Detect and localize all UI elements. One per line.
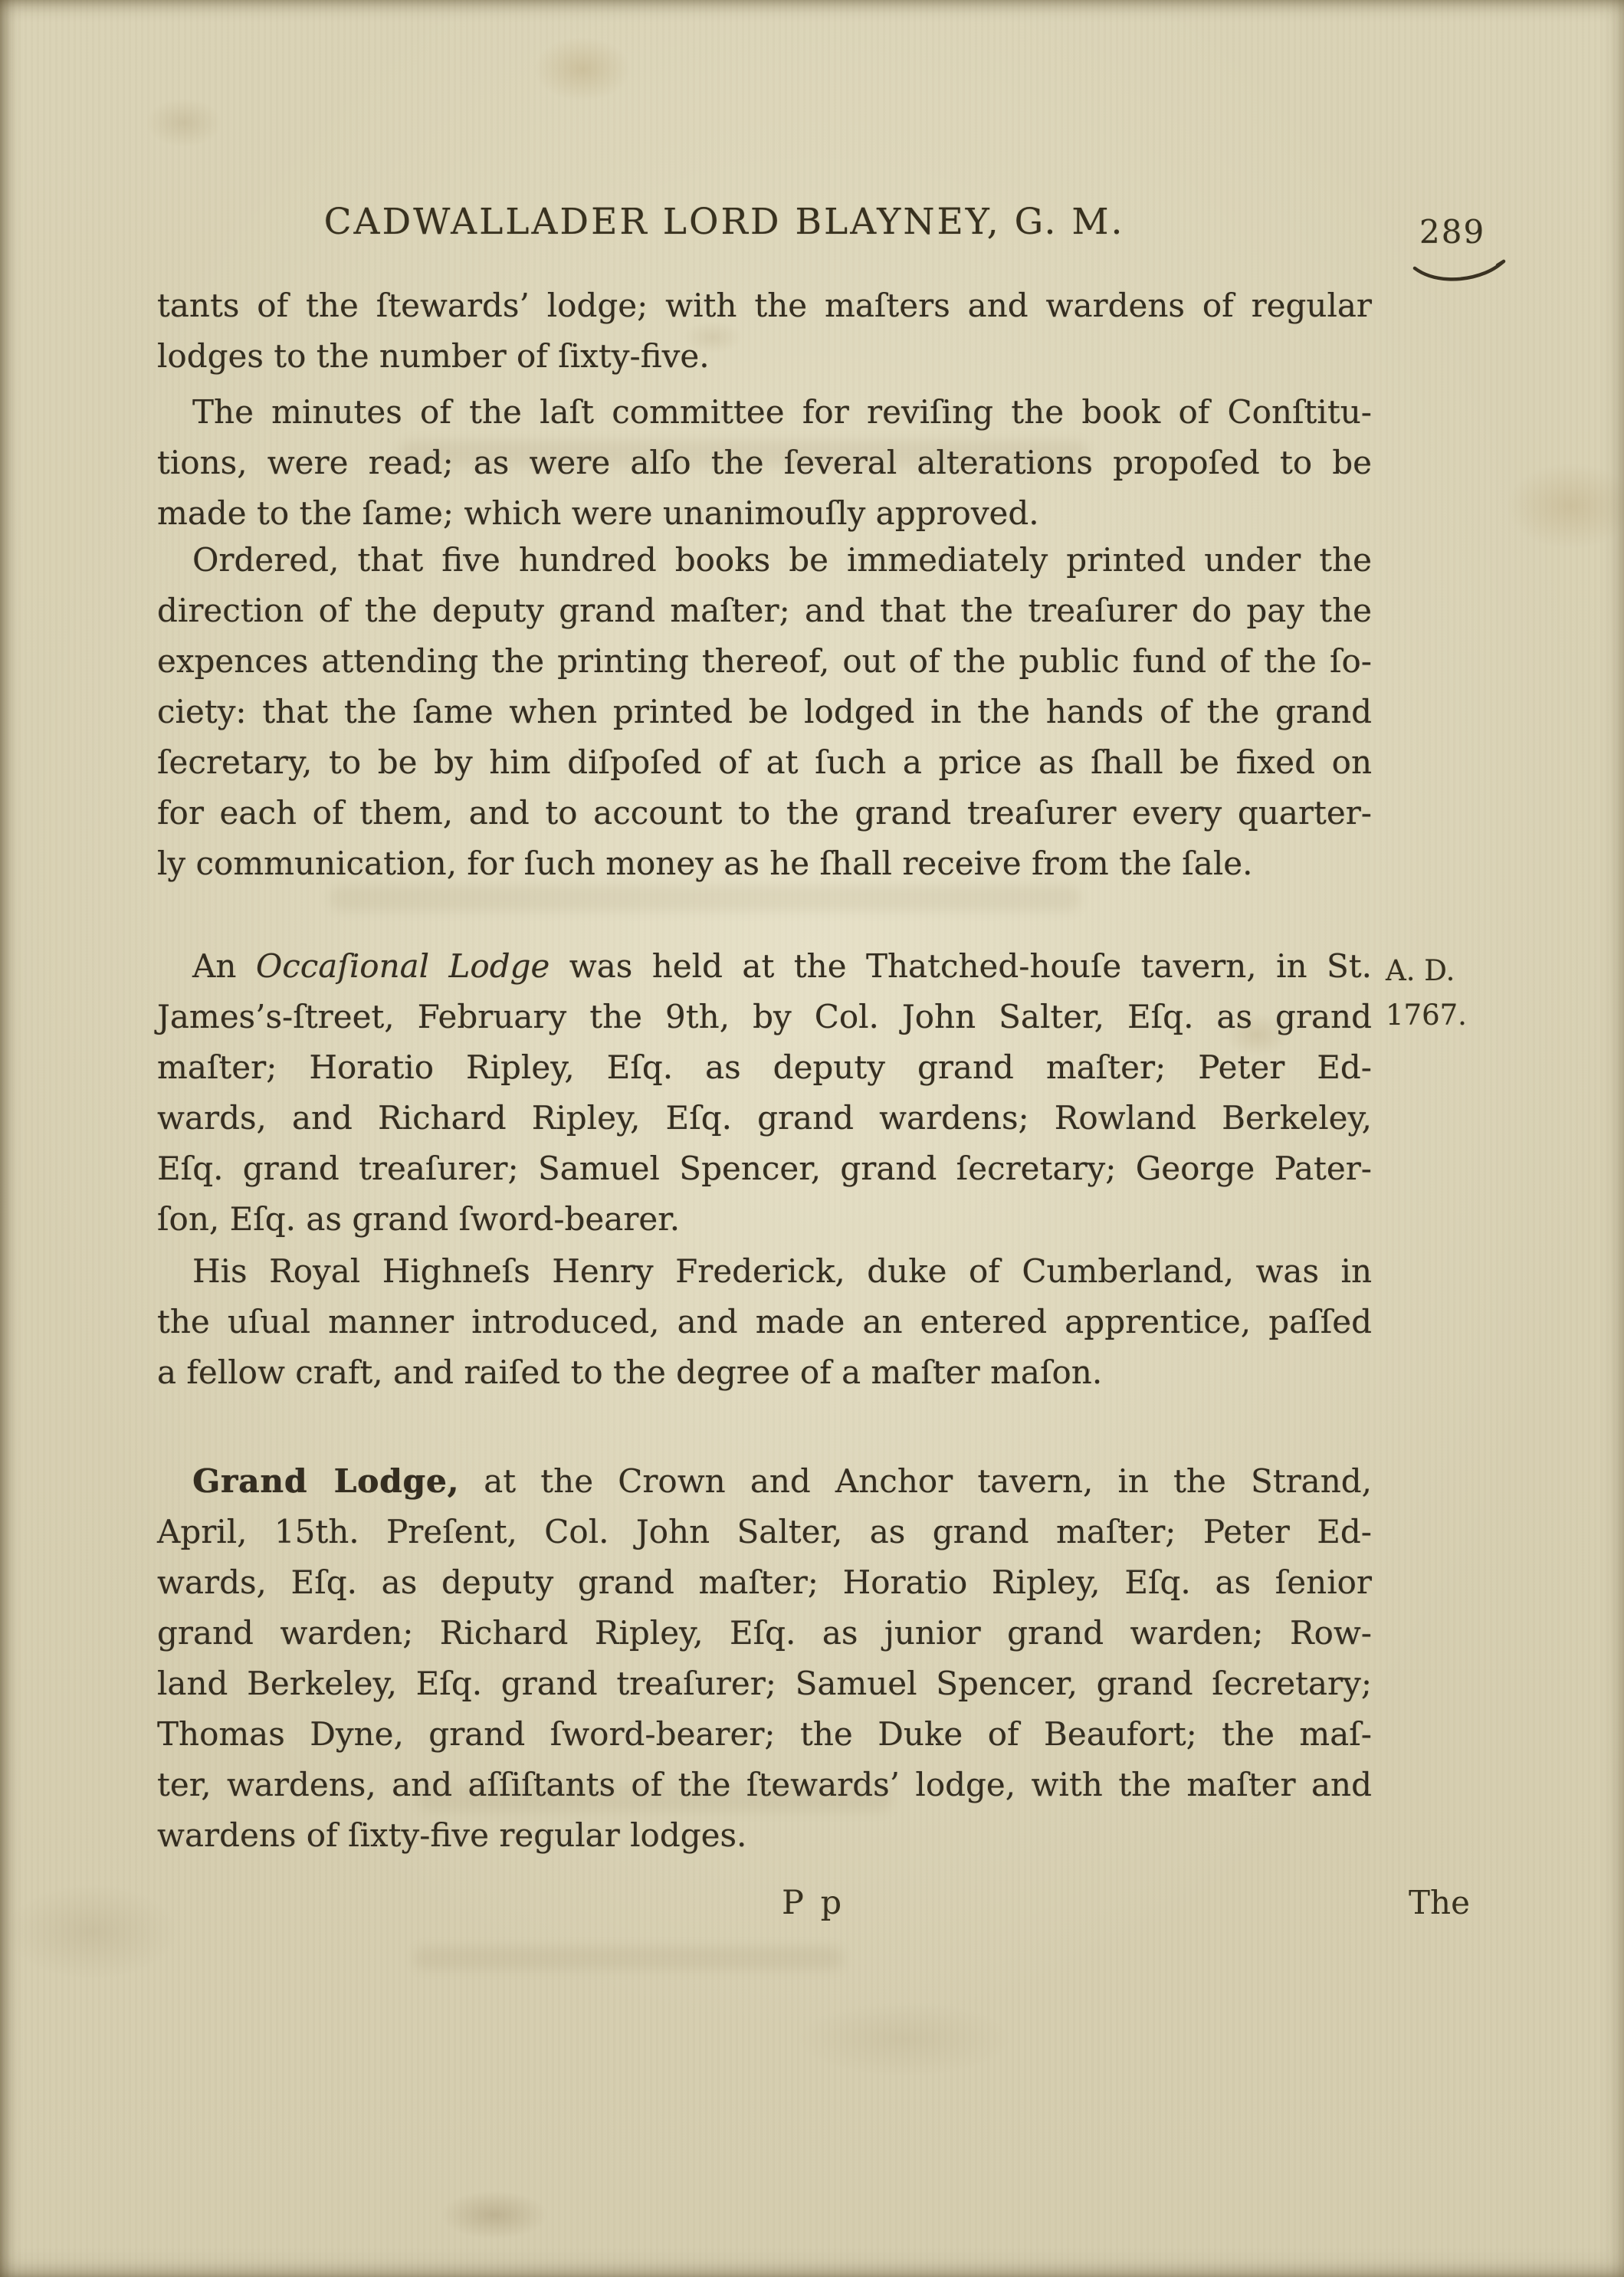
paragraph: tants of the ſtewards’ lodge; with the m… [157, 281, 1372, 382]
text-line: maſter; Horatio Ripley, Eſq. as deputy g… [157, 1042, 1372, 1093]
text-line: ſon, Eſq. as grand ſword-bearer. [157, 1194, 1372, 1245]
text-line: ter, wardens, and aſſiſtants of the ſtew… [157, 1760, 1372, 1810]
text-line: wards, Eſq. as deputy grand maſter; Hora… [157, 1557, 1372, 1608]
paragraph: An Occaſional Lodge was held at the That… [157, 941, 1372, 1245]
text-line: a fellow craft, and raiſed to the degree… [157, 1347, 1372, 1398]
text-line: tants of the ſtewards’ lodge; with the m… [157, 281, 1372, 331]
margin-note-year: 1767. [1386, 993, 1467, 1038]
text-line: Grand Lodge, at the Crown and Anchor tav… [157, 1456, 1372, 1507]
brace-flourish-icon [1412, 256, 1511, 290]
book-page: CADWALLADER LORD BLAYNEY, G. M. 289 A. D… [0, 0, 1624, 2277]
text-line: Eſq. grand treaſurer; Samuel Spencer, gr… [157, 1143, 1372, 1194]
text-line: lodges to the number of ſixty-five. [157, 331, 1372, 382]
text-segment: An [192, 947, 256, 985]
text-line: wardens of ſixty-five regular lodges. [157, 1810, 1372, 1861]
text-line: James’s-ſtreet, February the 9th, by Col… [157, 992, 1372, 1042]
margin-note-date: A. D. 1767. [1386, 949, 1467, 1038]
catchword: The [1409, 1884, 1470, 1921]
italic-phrase: Occaſional Lodge [256, 947, 550, 985]
text-line: April, 15th. Preſent, Col. John Salter, … [157, 1507, 1372, 1557]
text-line: made to the ſame; which were unanimouſly… [157, 488, 1372, 539]
text-line: The minutes of the laſt committee for re… [157, 387, 1372, 438]
text-line: the uſual manner introduced, and made an… [157, 1297, 1372, 1347]
paragraph: Ordered, that five hundred books be imme… [157, 535, 1372, 889]
text-line: wards, and Richard Ripley, Eſq. grand wa… [157, 1093, 1372, 1143]
text-column: tants of the ſtewards’ lodge; with the m… [157, 0, 1372, 2277]
text-line: direction of the deputy grand maſter; an… [157, 586, 1372, 636]
text-line: land Berkeley, Eſq. grand treaſurer; Sam… [157, 1659, 1372, 1709]
text-line: expences attending the printing thereof,… [157, 636, 1372, 687]
text-line: An Occaſional Lodge was held at the That… [157, 941, 1372, 992]
margin-note-era: A. D. [1386, 949, 1467, 993]
text-line: ſecretary, to be by him diſpoſed of at ſ… [157, 737, 1372, 788]
paragraph: His Royal Highneſs Henry Frederick, duke… [157, 1246, 1372, 1398]
signature-mark: P p [782, 1884, 845, 1922]
blackletter-phrase: Grand Lodge, [192, 1462, 459, 1500]
paragraph: Grand Lodge, at the Crown and Anchor tav… [157, 1456, 1372, 1861]
text-line: tions, were read; as were alſo the ſever… [157, 438, 1372, 488]
text-segment: was held at the Thatched-houſe tavern, i… [550, 947, 1372, 985]
text-segment: at the Crown and Anchor tavern, in the S… [459, 1462, 1372, 1500]
text-line: for each of them, and to account to the … [157, 788, 1372, 838]
text-line: ly communication, for ſuch money as he ſ… [157, 838, 1372, 889]
text-line: His Royal Highneſs Henry Frederick, duke… [157, 1246, 1372, 1297]
text-line: Thomas Dyne, grand ſword-bearer; the Duk… [157, 1709, 1372, 1760]
page-number: 289 [1419, 213, 1485, 251]
text-line: grand warden; Richard Ripley, Eſq. as ju… [157, 1608, 1372, 1659]
paragraph: The minutes of the laſt committee for re… [157, 387, 1372, 539]
text-line: Ordered, that five hundred books be imme… [157, 535, 1372, 586]
text-line: ciety: that the ſame when printed be lod… [157, 687, 1372, 737]
